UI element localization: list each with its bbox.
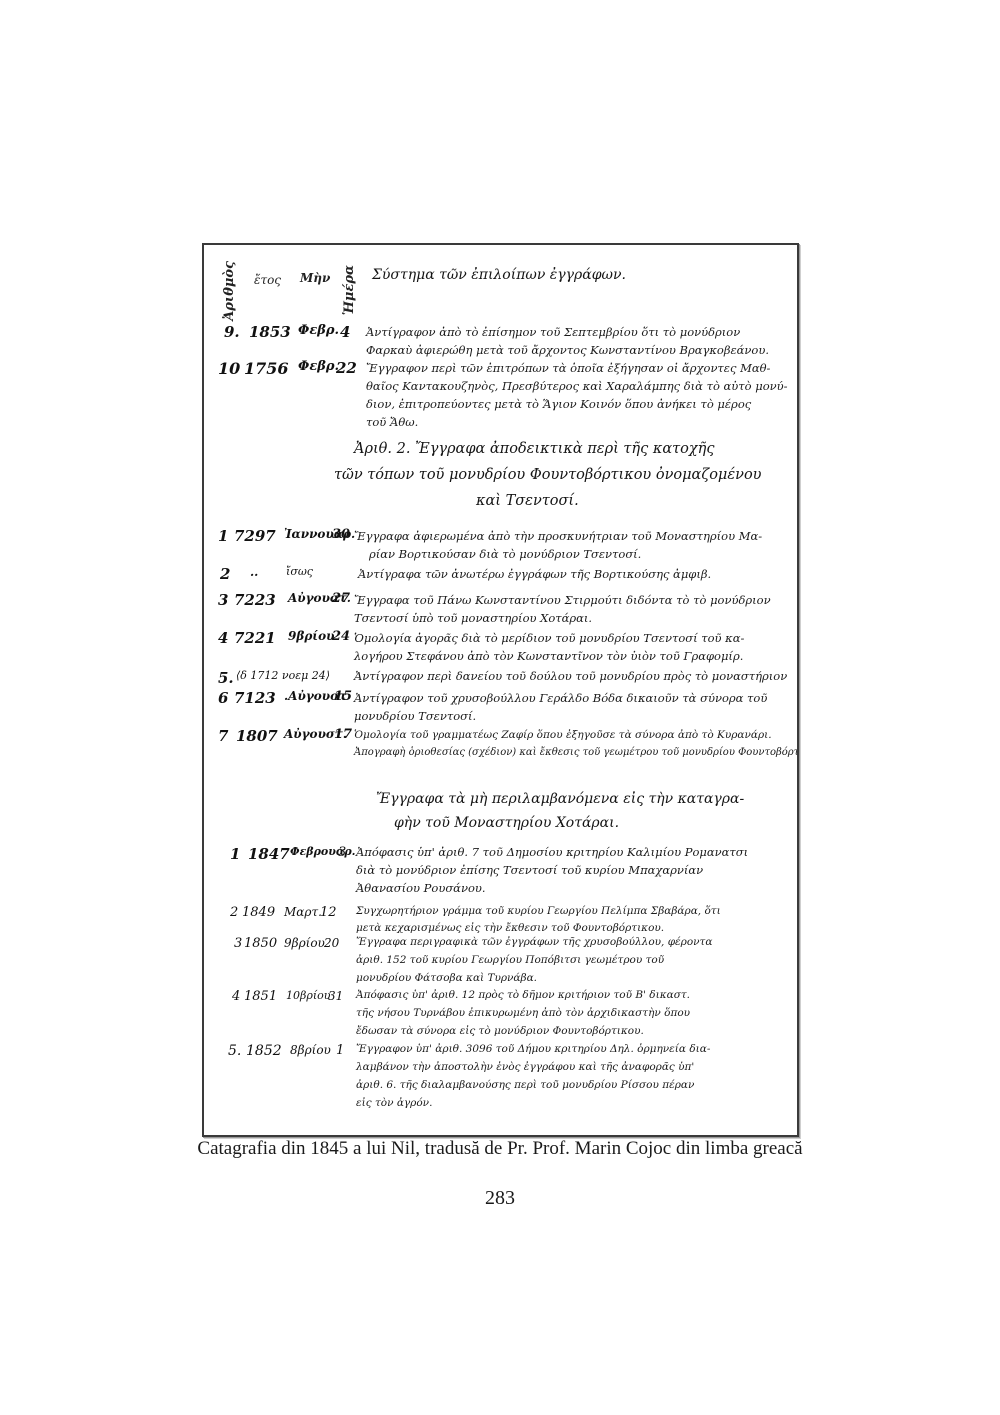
entry-day: 1 (336, 1043, 344, 1058)
entry-text-line: Ὁμολογία ἀγορᾶς διὰ τὸ μερίδιον τοῦ μονυ… (354, 631, 744, 645)
entry-text-line: Ἀντίγραφον περὶ δανείου τοῦ δούλου τοῦ μ… (354, 669, 787, 683)
entry-text-line: τῆς νήσου Τυρνάβου ἐπικυρωμένη ἀπὸ τὸν ἀ… (356, 1007, 690, 1019)
entry-text-line: Ἔγγραφα περιγραφικὰ τῶν ἐγγράφων τῆς χρυ… (356, 936, 712, 948)
entry-month: Φεβρ. (298, 323, 339, 338)
entry-month: Μαρτ. (284, 905, 322, 919)
heading-line: φὴν τοῦ Μοναστηρίου Χοτάραι. (394, 815, 619, 831)
entry-number: 3 (234, 936, 242, 951)
entry-number: 1 (230, 845, 240, 863)
entry-text-line: Ἔγγραφα ἀφιερωμένα ἀπὸ τὴν προσκυνήτριαν… (354, 529, 762, 543)
entry-year: 1853 (249, 323, 291, 341)
entry-month: ἴσως (286, 565, 313, 578)
entry-month: Φεβρ. (298, 359, 339, 374)
entry-number: 10 (218, 359, 240, 378)
entry-day: 24 (332, 629, 350, 644)
entry-text-line: εἰς τὸν ἀγρόν. (356, 1097, 432, 1109)
entry-day: 31 (328, 989, 343, 1003)
entry-number: 1 (218, 527, 228, 545)
entry-number: 5. (218, 669, 234, 687)
entry-day: 15 (334, 689, 352, 704)
entry-number: 4 (218, 629, 228, 647)
entry-day: 12 (320, 905, 337, 920)
entry-year: 1849 (242, 905, 275, 920)
entry-text-line: Ἔγγραφα τοῦ Πάνω Κωνσταντίνου Στιρμούτι … (354, 593, 771, 607)
document-title: Σύστημα τῶν ἐπιλοίπων ἐγγράφων. (372, 267, 626, 283)
entry-text-line: Συγχωρητήριον γράμμα τοῦ κυρίου Γεωργίου… (356, 905, 721, 917)
entry-day: 27 (332, 591, 350, 606)
entry-day: 17 (334, 727, 352, 742)
entry-year: ⟨δ 1712 νοεμ 24⟩ (236, 669, 330, 682)
heading-line: τῶν τόπων τοῦ μονυδρίου Φουντοβόρτικου ὀ… (334, 467, 762, 483)
entry-year: 7123 (234, 689, 276, 707)
entry-day: 20 (324, 936, 339, 950)
entry-year: 1847 (248, 845, 290, 863)
entry-text-line: ἀριθ. 6. τῆς διαλαμβανούσης περὶ τοῦ μον… (356, 1079, 694, 1091)
entry-year: 7221 (234, 629, 276, 647)
entry-text-line: Ἀθανασίου Ρουσάνου. (356, 881, 486, 895)
entry-number: 2 (230, 905, 238, 920)
entry-number: 2 (220, 565, 230, 583)
heading-line: Ἀριθ. 2. Ἔγγραφα ἀποδεικτικὰ περὶ τῆς κα… (354, 441, 714, 457)
entry-number: 5. (228, 1043, 241, 1059)
entry-text-line: Ἀπόφασις ὑπ' ἀριθ. 7 τοῦ Δημοσίου κριτηρ… (356, 845, 748, 859)
entry-number: 3 (218, 591, 228, 609)
entry-number: 7 (218, 727, 228, 745)
entry-number: 9. (224, 323, 240, 341)
entry-day: 4 (340, 323, 350, 341)
entry-year: .. (250, 565, 258, 579)
entry-text-line: Ὁμολογία τοῦ γραμματέως Ζαφίρ ὅπου ἐξηγο… (354, 729, 772, 741)
entry-text-line: Ἀντίγραφον τοῦ χρυσοβούλλου Γεράλδο Βόδα… (354, 691, 767, 705)
entry-text-line: ἔδωσαν τὰ σύνορα εἰς τὸ μονύδριον Φουντο… (356, 1025, 644, 1037)
entry-text-line: ρίαν Βορτικούσαν διὰ τὸ μονύδριον Τσεντο… (369, 547, 641, 561)
entry-text-line: Φαρκαὺ ἀφιερώθη μετὰ τοῦ ἄρχοντος Κωνστα… (366, 343, 769, 357)
manuscript-image: Ἀριθμὸς ἔτος Μὴν Ἡμέρα Σύστημα τῶν ἐπιλο… (202, 243, 799, 1137)
figure-caption: Catagrafia din 1845 a lui Nil, tradusă d… (0, 1138, 1000, 1160)
entry-number: 4 (232, 989, 240, 1004)
entry-text-line: Ἔγγραφον ὑπ' ἀριθ. 3096 τοῦ Δήμου κριτηρ… (356, 1043, 710, 1055)
entry-day: 22 (336, 359, 357, 377)
entry-text-line: διὰ τὸ μονύδριον ἐπίσης Τσεντοσί τοῦ κυρ… (356, 863, 703, 877)
entry-year: 7297 (234, 527, 276, 545)
entry-year: 1852 (246, 1043, 282, 1059)
page-number: 283 (0, 1187, 1000, 1210)
entry-text-line: Ἔγγραφον περὶ τῶν ἐπιτρόπων τὰ ὁποῖα ἐξή… (366, 361, 770, 375)
entry-year: 1807 (236, 727, 278, 745)
entry-text-line: μονυδρίου Φάτσοβα καὶ Τυρνάβα. (356, 972, 537, 984)
entry-text-line: Ἀπογραφὴ ὁριοθεσίας (σχέδιον) καὶ ἔκθεσι… (354, 747, 799, 758)
entry-text-line: Ἀντίγραφον ἀπὸ τὸ ἐπίσημον τοῦ Σεπτεμβρί… (366, 325, 740, 339)
heading-line: καὶ Τσεντοσί. (476, 493, 579, 509)
entry-month: 8βρίου (290, 1043, 331, 1057)
column-header-number: Ἀριθμὸς (222, 261, 237, 321)
column-header-year: ἔτος (254, 273, 281, 287)
entry-text-line: Ἀπόφασις ὑπ' ἀριθ. 12 πρὸς τὸ δῆμον κριτ… (356, 989, 690, 1001)
entry-text-line: διον, ἐπιτροπεύοντες μετὰ τὸ Ἅγιον Κοινό… (366, 397, 751, 411)
entry-day: 3 (338, 845, 346, 860)
entry-number: 6 (218, 689, 228, 707)
entry-day: 30 (332, 527, 350, 542)
entry-text-line: ἀριθ. 152 τοῦ κυρίου Γεωργίου Ποπόβιτσι … (356, 954, 664, 966)
entry-text-line: μετὰ κεχαρισμένως εἰς τὴν ἔκθεσιν τοῦ Φο… (356, 922, 664, 934)
entry-year: 7223 (234, 591, 276, 609)
entry-month: 9βρίου (284, 936, 325, 950)
entry-month: 9βρίου (288, 629, 334, 643)
entry-text-line: θαῖος Καντακουζηνὸς, Πρεσβύτερος καὶ Χαρ… (366, 379, 788, 393)
entry-text-line: Ἀντίγραφα τῶν ἀνωτέρω ἐγγράφων τῆς Βορτι… (358, 567, 711, 581)
entry-year: 1851 (244, 989, 277, 1004)
entry-year: 1850 (244, 936, 277, 951)
column-header-day: Ἡμέρα (342, 265, 357, 315)
column-header-month: Μὴν (300, 271, 330, 285)
entry-text-line: μονυδρίου Τσεντοσί. (354, 709, 476, 723)
entry-text-line: λογήρου Στεφάνου ἀπὸ τὸν Κωνσταντῖνον τὸ… (354, 649, 743, 663)
entry-text-line: λαμβάνον τὴν ἀποστολὴν ἑνὸς ἐγγράφου καὶ… (356, 1061, 694, 1073)
entry-month: 10βρίου (286, 989, 330, 1002)
entry-text-line: τοῦ Ἄθω. (366, 415, 418, 429)
entry-year: 1756 (244, 359, 289, 378)
entry-text-line: Τσεντοσί ὑπὸ τοῦ μοναστηρίου Χοτάραι. (354, 611, 592, 625)
heading-line: Ἔγγραφα τὰ μὴ περιλαμβανόμενα εἰς τὴν κα… (376, 791, 744, 807)
